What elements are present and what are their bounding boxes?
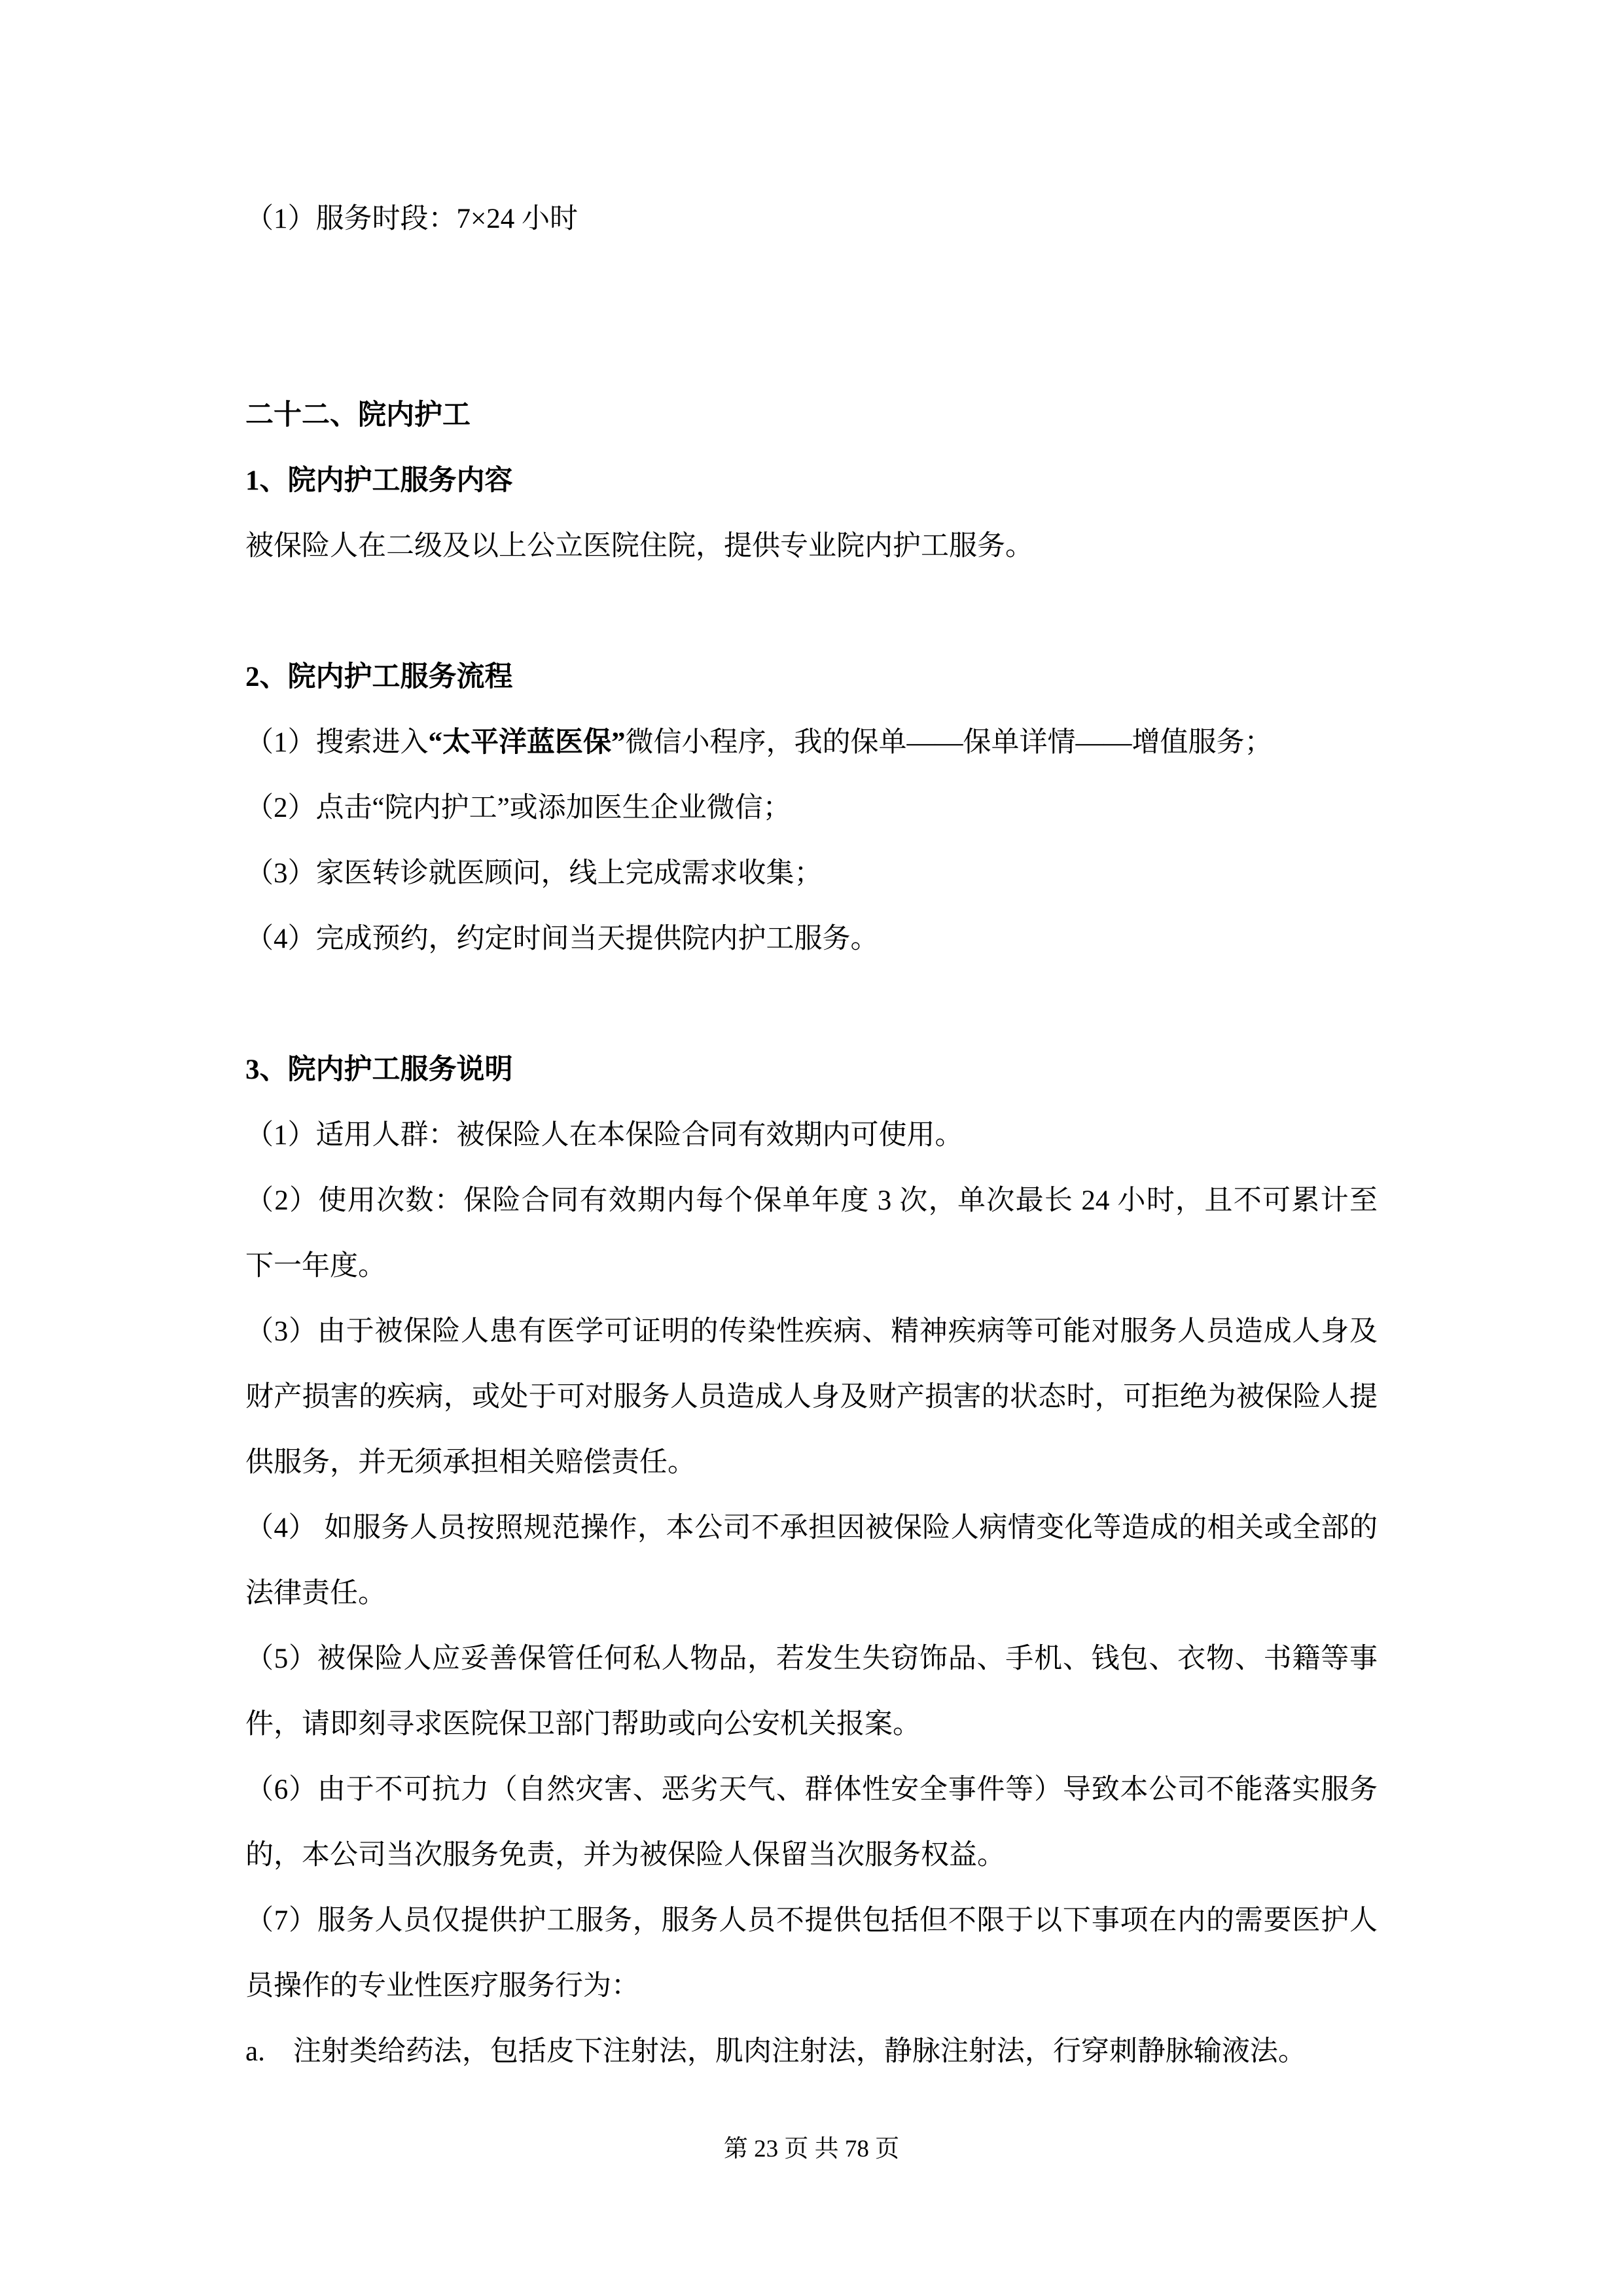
paragraph: （1）搜索进入“太平洋蓝医保”微信小程序，我的保单——保单详情——增值服务； [245,710,1378,776]
text-run: （3）由于被保险人患有医学可证明的传染性疾病、精神疾病等可能对服务人员造成人身及 [245,1316,1378,1347]
text-run: 微信小程序，我的保单——保单详情——增值服务； [626,727,1273,758]
paragraph: （4） 如服务人员按照规范操作，本公司不承担因被保险人病情变化等造成的相关或全部… [245,1496,1378,1626]
text-line: 3、院内护工服务说明 [245,1037,1378,1103]
page-footer: 第 23 页 共 78 页 [0,2128,1623,2170]
text-run: 供服务，并无须承担相关赔偿责任。 [245,1447,696,1478]
text-run: （7）服务人员仅提供护工服务，服务人员不提供包括但不限于以下事项在内的需要医护人 [245,1905,1378,1936]
paragraph: （2）使用次数：保险合同有效期内每个保单年度 3 次，单次最长 24 小时，且不… [245,1168,1378,1299]
subsection-heading: 2、院内护工服务流程 [245,645,1378,710]
text-line: （7）服务人员仅提供护工服务，服务人员不提供包括但不限于以下事项在内的需要医护人 [245,1888,1378,1954]
text-line: 2、院内护工服务流程 [245,645,1378,710]
text-line: 员操作的专业性医疗服务行为： [245,1954,1378,2019]
text-line: 供服务，并无须承担相关赔偿责任。 [245,1430,1378,1496]
text-line: （1）适用人群：被保险人在本保险合同有效期内可使用。 [245,1103,1378,1168]
document-page: （1）服务时段：7×24 小时二十二、院内护工1、院内护工服务内容被保险人在二级… [0,0,1623,2296]
blank-line [245,972,1378,1037]
bold-text-run: “太平洋蓝医保” [429,727,626,758]
text-run: （1）服务时段：7×24 小时 [245,204,578,234]
text-line: （6）由于不可抗力（自然灾害、恶劣天气、群体性安全事件等）导致本公司不能落实服务 [245,1757,1378,1823]
text-run: 件，请即刻寻求医院保卫部门帮助或向公安机关报案。 [245,1709,921,1740]
paragraph: （1）适用人群：被保险人在本保险合同有效期内可使用。 [245,1103,1378,1168]
subsection-heading: 3、院内护工服务说明 [245,1037,1378,1103]
text-line: （2）使用次数：保险合同有效期内每个保单年度 3 次，单次最长 24 小时，且不… [245,1168,1378,1234]
text-run: 1、院内护工服务内容 [245,465,513,496]
paragraph: （5）被保险人应妥善保管任何私人物品，若发生失窃饰品、手机、钱包、衣物、书籍等事… [245,1626,1378,1757]
text-run: 3、院内护工服务说明 [245,1054,513,1085]
text-run: （4） 如服务人员按照规范操作，本公司不承担因被保险人病情变化等造成的相关或全部… [245,1513,1378,1543]
document-body: （1）服务时段：7×24 小时二十二、院内护工1、院内护工服务内容被保险人在二级… [245,187,1378,2085]
text-run: 被保险人在二级及以上公立医院住院，提供专业院内护工服务。 [245,531,1033,562]
text-run: （1）适用人群：被保险人在本保险合同有效期内可使用。 [245,1120,963,1151]
text-run: （4）完成预约，约定时间当天提供院内护工服务。 [245,924,879,954]
text-run: （3）家医转诊就医顾问，线上完成需求收集； [245,858,823,889]
text-line: 的，本公司当次服务免责，并为被保险人保留当次服务权益。 [245,1823,1378,1888]
paragraph: （1）服务时段：7×24 小时 [245,187,1378,252]
paragraph: 被保险人在二级及以上公立医院住院，提供专业院内护工服务。 [245,514,1378,579]
text-run: 财产损害的疾病，或处于可对服务人员造成人身及财产损害的状态时，可拒绝为被保险人提 [245,1382,1378,1412]
text-line: a. 注射类给药法，包括皮下注射法，肌肉注射法，静脉注射法，行穿刺静脉输液法。 [245,2019,1378,2085]
text-line: 二十二、院内护工 [245,383,1378,448]
text-line: 被保险人在二级及以上公立医院住院，提供专业院内护工服务。 [245,514,1378,579]
text-run: 法律责任。 [245,1578,386,1609]
text-run: 下一年度。 [245,1251,386,1282]
text-line: （2）点击“院内护工”或添加医生企业微信； [245,776,1378,841]
text-run: （2）点击“院内护工”或添加医生企业微信； [245,793,791,823]
paragraph: （2）点击“院内护工”或添加医生企业微信； [245,776,1378,841]
text-run: （6）由于不可抗力（自然灾害、恶劣天气、群体性安全事件等）导致本公司不能落实服务 [245,1774,1378,1805]
text-line: （1）服务时段：7×24 小时 [245,187,1378,252]
section-heading: 二十二、院内护工 [245,383,1378,448]
blank-line [245,579,1378,645]
paragraph: （4）完成预约，约定时间当天提供院内护工服务。 [245,906,1378,972]
text-line: 法律责任。 [245,1561,1378,1626]
paragraph: （7）服务人员仅提供护工服务，服务人员不提供包括但不限于以下事项在内的需要医护人… [245,1888,1378,2019]
subsection-heading: 1、院内护工服务内容 [245,448,1378,514]
page-number-label: 第 23 页 共 78 页 [724,2136,899,2162]
text-line: （3）家医转诊就医顾问，线上完成需求收集； [245,841,1378,906]
paragraph: （3）由于被保险人患有医学可证明的传染性疾病、精神疾病等可能对服务人员造成人身及… [245,1299,1378,1496]
blank-line [245,317,1378,383]
text-run: （2）使用次数：保险合同有效期内每个保单年度 3 次，单次最长 24 小时，且不… [245,1185,1378,1216]
text-line: （5）被保险人应妥善保管任何私人物品，若发生失窃饰品、手机、钱包、衣物、书籍等事 [245,1626,1378,1692]
text-line: （3）由于被保险人患有医学可证明的传染性疾病、精神疾病等可能对服务人员造成人身及 [245,1299,1378,1365]
blank-line [245,252,1378,317]
text-run: 员操作的专业性医疗服务行为： [245,1971,639,2001]
text-line: 1、院内护工服务内容 [245,448,1378,514]
text-run: 2、院内护工服务流程 [245,662,513,692]
text-line: （1）搜索进入“太平洋蓝医保”微信小程序，我的保单——保单详情——增值服务； [245,710,1378,776]
text-line: （4）完成预约，约定时间当天提供院内护工服务。 [245,906,1378,972]
paragraph: a. 注射类给药法，包括皮下注射法，肌肉注射法，静脉注射法，行穿刺静脉输液法。 [245,2019,1378,2085]
text-run: 的，本公司当次服务免责，并为被保险人保留当次服务权益。 [245,1840,1005,1871]
text-line: 下一年度。 [245,1234,1378,1299]
text-line: 件，请即刻寻求医院保卫部门帮助或向公安机关报案。 [245,1692,1378,1757]
text-run: （5）被保险人应妥善保管任何私人物品，若发生失窃饰品、手机、钱包、衣物、书籍等事 [245,1643,1378,1674]
paragraph: （3）家医转诊就医顾问，线上完成需求收集； [245,841,1378,906]
text-run: a. 注射类给药法，包括皮下注射法，肌肉注射法，静脉注射法，行穿刺静脉输液法。 [245,2036,1306,2067]
text-run: 二十二、院内护工 [245,400,471,431]
text-line: （4） 如服务人员按照规范操作，本公司不承担因被保险人病情变化等造成的相关或全部… [245,1496,1378,1561]
paragraph: （6）由于不可抗力（自然灾害、恶劣天气、群体性安全事件等）导致本公司不能落实服务… [245,1757,1378,1888]
text-run: （1）搜索进入 [245,727,429,758]
text-line: 财产损害的疾病，或处于可对服务人员造成人身及财产损害的状态时，可拒绝为被保险人提 [245,1365,1378,1430]
